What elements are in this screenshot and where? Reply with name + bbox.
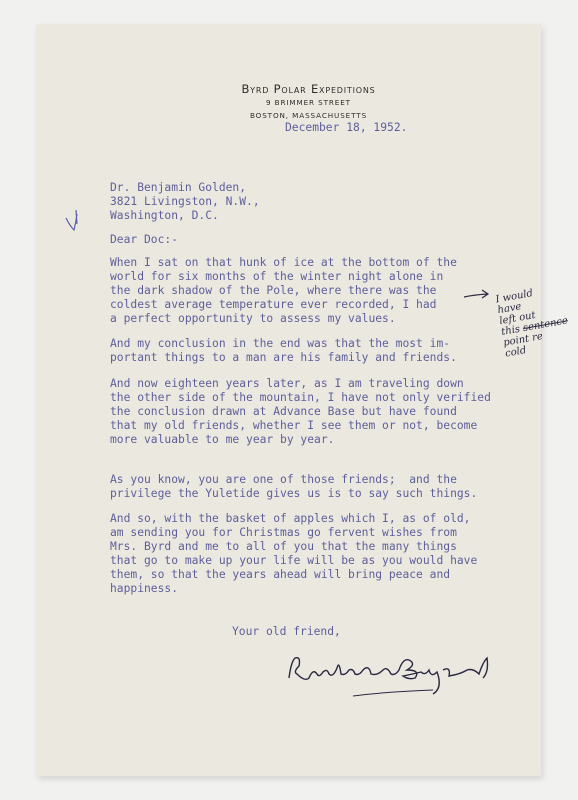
check-mark-icon — [50, 208, 80, 238]
paragraph-1: When I sat on that hunk of ice at the bo… — [110, 256, 457, 326]
paragraph-2: And my conclusion in the end was that th… — [110, 337, 457, 365]
paragraph-4: As you know, you are one of those friend… — [110, 473, 477, 501]
closing: Your old friend, — [232, 625, 341, 639]
signature: Richard E. Byrd — [283, 648, 523, 698]
arrow-icon — [463, 288, 493, 302]
letter-date: December 18, 1952. — [285, 121, 407, 135]
handwritten-margin-note: I would have left out this sentence poin… — [495, 282, 575, 359]
paragraph-3: And now eighteen years later, as I am tr… — [110, 377, 491, 447]
recipient-address: Dr. Benjamin Golden, 3821 Livingston, N.… — [110, 181, 260, 223]
letterhead: Byrd Polar Expeditions 9 Brimmer Street … — [36, 82, 541, 122]
salutation: Dear Doc:- — [110, 233, 178, 247]
recipient-name: Dr. Benjamin Golden, — [110, 181, 246, 194]
recipient-street: 3821 Livingston, N.W., — [110, 195, 260, 208]
letterhead-street: 9 Brimmer Street — [76, 96, 541, 109]
paragraph-5: And so, with the basket of apples which … — [110, 512, 477, 597]
recipient-city: Washington, D.C. — [110, 209, 219, 222]
letterhead-organization: Byrd Polar Expeditions — [76, 82, 541, 96]
